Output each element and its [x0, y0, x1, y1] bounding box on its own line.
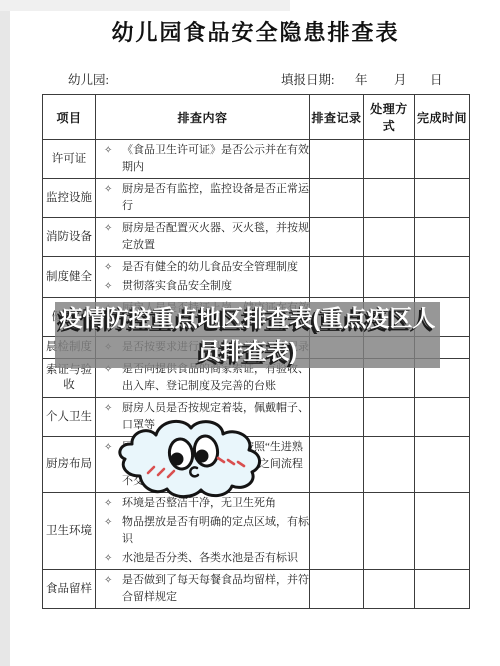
- col-header-completion: 完成时间: [415, 95, 470, 140]
- checklist-item-text: 贯彻落实食品安全制度: [122, 280, 232, 292]
- row-content: ✧是否做到了每天每餐食品均留样，并符合留样规定: [96, 570, 310, 609]
- completion-cell: [415, 437, 470, 493]
- record-cell: [310, 398, 364, 437]
- checklist-item: ✧是否有健全的幼儿食品安全管理制度: [96, 259, 310, 276]
- record-cell: [310, 493, 364, 570]
- diamond-bullet-icon: ✧: [104, 182, 112, 198]
- record-cell: [310, 140, 364, 179]
- table-header-row: 项目 排查内容 排查记录 处理方式 完成时间: [43, 95, 470, 140]
- watermark-text-line1: 疫情防控重点地区排查表(重点疫区人: [60, 302, 436, 335]
- table-row: 卫生环境✧环境是否整洁干净，无卫生死角✧物品摆放是否有明确的定点区域，有标识✧水…: [43, 493, 470, 570]
- table-row: 监控设施✧厨房是否有监控，监控设备是否正常运行: [43, 179, 470, 218]
- handling-cell: [364, 140, 415, 179]
- completion-cell: [415, 140, 470, 179]
- row-content: ✧厨房是否配置灭火器、灭火毯，并按规定放置: [96, 218, 310, 257]
- row-label: 许可证: [43, 140, 96, 179]
- checklist-item-text: 是否做到了每天每餐食品均留样，并符合留样规定: [122, 574, 309, 603]
- checklist-item-text: 物品摆放是否有明确的定点区域，有标识: [122, 516, 309, 545]
- completion-cell: [415, 218, 470, 257]
- diamond-bullet-icon: ✧: [104, 401, 112, 417]
- month-label: 月: [394, 70, 407, 88]
- col-header-item: 项目: [43, 95, 96, 140]
- checklist-item-text: 是否有健全的幼儿食品安全管理制度: [122, 261, 298, 273]
- col-header-record: 排查记录: [310, 95, 364, 140]
- kindergarten-name-label: 幼儿园:: [68, 70, 109, 88]
- handling-cell: [364, 493, 415, 570]
- row-content: ✧环境是否整洁干净，无卫生死角✧物品摆放是否有明确的定点区域，有标识✧水池是否分…: [96, 493, 310, 570]
- checklist-item: ✧水池是否分类、各类水池是否有标识: [96, 550, 310, 567]
- completion-cell: [415, 179, 470, 218]
- diamond-bullet-icon: ✧: [104, 260, 112, 276]
- year-label: 年: [355, 70, 368, 88]
- handling-cell: [364, 570, 415, 609]
- diamond-bullet-icon: ✧: [104, 551, 112, 567]
- checklist-item: ✧贯彻落实食品安全制度: [96, 278, 310, 295]
- report-date-label: 填报日期:: [281, 70, 334, 88]
- checklist-item-text: 《食品卫生许可证》是否公示并在有效期内: [122, 144, 309, 173]
- diamond-bullet-icon: ✧: [104, 279, 112, 295]
- checklist-item-text: 水池是否分类、各类水池是否有标识: [122, 552, 298, 564]
- record-cell: [310, 179, 364, 218]
- record-cell: [310, 437, 364, 493]
- page-top-edge-shadow: [0, 0, 290, 11]
- checklist-item: ✧物品摆放是否有明确的定点区域，有标识: [96, 514, 310, 548]
- checklist-item: ✧《食品卫生许可证》是否公示并在有效期内: [96, 142, 310, 176]
- checklist-item-text: 厨房是否有监控，监控设备是否正常运行: [122, 183, 309, 212]
- record-cell: [310, 570, 364, 609]
- row-label: 个人卫生: [43, 398, 96, 437]
- record-cell: [310, 257, 364, 298]
- col-header-handling: 处理方式: [364, 95, 415, 140]
- record-cell: [310, 218, 364, 257]
- handling-cell: [364, 398, 415, 437]
- completion-cell: [415, 257, 470, 298]
- diamond-bullet-icon: ✧: [104, 143, 112, 159]
- checklist-item: ✧是否做到了每天每餐食品均留样，并符合留样规定: [96, 572, 310, 606]
- completion-cell: [415, 398, 470, 437]
- watermark-text-line2: 员排查表): [198, 335, 298, 368]
- col-header-content: 排查内容: [96, 95, 310, 140]
- row-label: 监控设施: [43, 179, 96, 218]
- row-label: 食品留样: [43, 570, 96, 609]
- handling-cell: [364, 437, 415, 493]
- completion-cell: [415, 493, 470, 570]
- form-info-line: 幼儿园: 填报日期: 年 月 日: [0, 70, 500, 90]
- row-content: ✧《食品卫生许可证》是否公示并在有效期内: [96, 140, 310, 179]
- day-label: 日: [430, 70, 443, 88]
- diamond-bullet-icon: ✧: [104, 515, 112, 531]
- checklist-item-text: 厨房是否配置灭火器、灭火毯，并按规定放置: [122, 222, 309, 251]
- row-content: ✧是否有健全的幼儿食品安全管理制度✧贯彻落实食品安全制度: [96, 257, 310, 298]
- handling-cell: [364, 179, 415, 218]
- watermark-banner: 疫情防控重点地区排查表(重点疫区人 员排查表): [55, 302, 440, 368]
- diamond-bullet-icon: ✧: [104, 221, 112, 237]
- diamond-bullet-icon: ✧: [104, 573, 112, 589]
- table-row: 消防设备✧厨房是否配置灭火器、灭火毯，并按规定放置: [43, 218, 470, 257]
- row-label: 卫生环境: [43, 493, 96, 570]
- table-row: 食品留样✧是否做到了每天每餐食品均留样，并符合留样规定: [43, 570, 470, 609]
- row-content: ✧厨房是否有监控，监控设备是否正常运行: [96, 179, 310, 218]
- row-label: 厨房布局: [43, 437, 96, 493]
- cloud-mascot-illustration: [110, 416, 272, 500]
- handling-cell: [364, 257, 415, 298]
- checklist-item: ✧厨房是否配置灭火器、灭火毯，并按规定放置: [96, 220, 310, 254]
- handling-cell: [364, 218, 415, 257]
- row-label: 制度健全: [43, 257, 96, 298]
- table-row: 许可证✧《食品卫生许可证》是否公示并在有效期内: [43, 140, 470, 179]
- table-row: 制度健全✧是否有健全的幼儿食品安全管理制度✧贯彻落实食品安全制度: [43, 257, 470, 298]
- row-label: 消防设备: [43, 218, 96, 257]
- document-page: 幼儿园食品安全隐患排查表 幼儿园: 填报日期: 年 月 日 项目 排查内容 排查…: [0, 0, 500, 666]
- checklist-item: ✧厨房是否有监控，监控设备是否正常运行: [96, 181, 310, 215]
- page-left-edge-shadow: [0, 0, 10, 666]
- completion-cell: [415, 570, 470, 609]
- page-title: 幼儿园食品安全隐患排查表: [42, 16, 469, 47]
